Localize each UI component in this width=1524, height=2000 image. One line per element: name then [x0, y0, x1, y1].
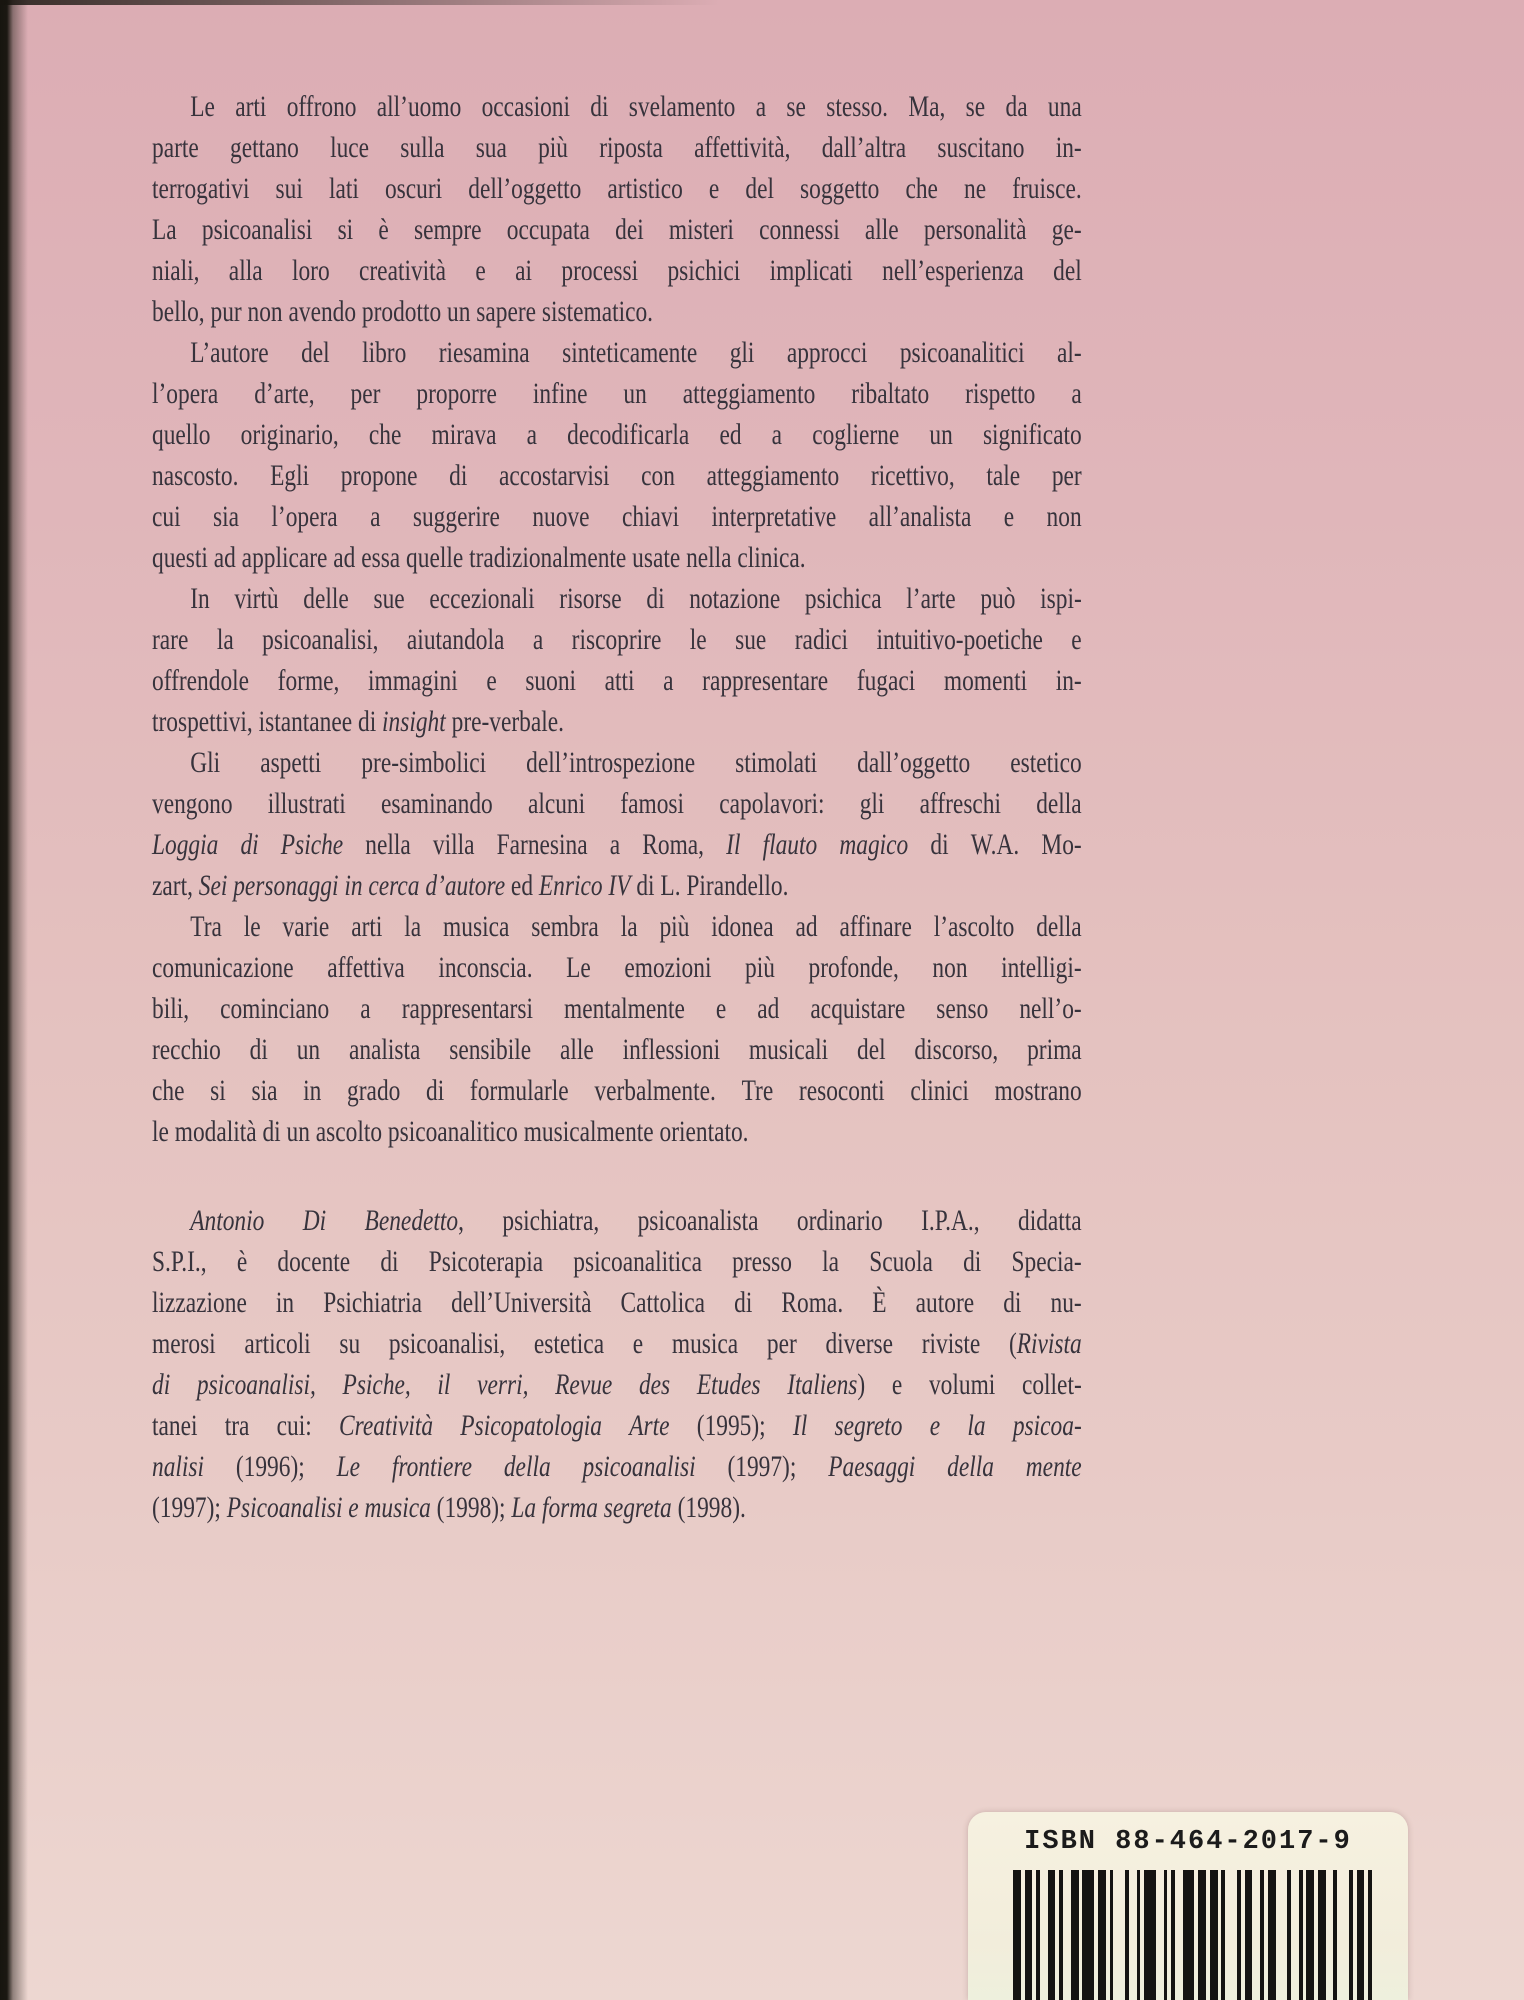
blurb-paragraph: Gliaspettipre-simbolicidell’introspezion… — [152, 742, 1082, 906]
text-line: rarelapsicoanalisi,aiutandolaariscoprire… — [152, 619, 1082, 660]
text-line: trospettivi, istantanee di insight pre-v… — [152, 701, 1082, 742]
text-line: questi ad applicare ad essa quelle tradi… — [152, 537, 1082, 578]
text-line: merosiarticolisupsicoanalisi,esteticaemu… — [152, 1323, 1082, 1364]
barcode-bar — [1048, 1870, 1056, 2000]
blurb-paragraph: Invirtùdellesueeccezionalirisorsedinotaz… — [152, 578, 1082, 742]
text-line: Leartioffronoall’uomooccasionidisvelamen… — [152, 86, 1082, 127]
text-line: S.P.I.,èdocentediPsicoterapiapsicoanalit… — [152, 1241, 1082, 1282]
text-line: vengonoillustratiesaminandoalcunifamosic… — [152, 783, 1082, 824]
scan-edge-left — [0, 0, 30, 2000]
barcode-gap — [1129, 1870, 1137, 2000]
barcode-gap — [1175, 1870, 1183, 2000]
barcode-bar — [1318, 1870, 1326, 2000]
text-line: taneitracui:CreativitàPsicopatologiaArte… — [152, 1405, 1082, 1446]
text-line: Gliaspettipre-simbolicidell’introspezion… — [152, 742, 1082, 783]
barcode-gap — [1337, 1870, 1349, 2000]
text-line: lizzazioneinPsichiatriadell’UniversitàCa… — [152, 1282, 1082, 1323]
text-line: dipsicoanalisi,Psiche,ilverri,RevuedesEt… — [152, 1364, 1082, 1405]
text-line: bili,comincianoarappresentarsimentalment… — [152, 988, 1082, 1029]
book-back-cover: Leartioffronoall’uomooccasionidisvelamen… — [0, 0, 1524, 2000]
barcode-gap — [1156, 1870, 1164, 2000]
scan-edge-top — [0, 0, 720, 5]
barcode-gap — [1113, 1870, 1125, 2000]
barcode-gap — [1252, 1870, 1260, 2000]
barcode-gap — [1291, 1870, 1299, 2000]
author-bio: AntonioDiBenedetto,psichiatra,psicoanali… — [152, 1200, 1082, 1528]
barcode-gap — [1225, 1870, 1237, 2000]
text-line: partegettanolucesullasuapiùripostaaffett… — [152, 127, 1082, 168]
text-line: quellooriginario,chemiravaadecodificarla… — [152, 414, 1082, 455]
barcode-gap — [1276, 1870, 1288, 2000]
barcode-bar — [1245, 1870, 1253, 2000]
barcode-bar — [1306, 1870, 1314, 2000]
text-line: cuisial’operaasuggerirenuovechiaviinterp… — [152, 496, 1082, 537]
barcode-bar — [1013, 1870, 1021, 2000]
blurb-text-column: Leartioffronoall’uomooccasionidisvelamen… — [152, 86, 1082, 1528]
text-line: niali,allalorocreativitàeaiprocessipsich… — [152, 250, 1082, 291]
text-line: l’operad’arte,perproporreinfineunatteggi… — [152, 373, 1082, 414]
text-line: nascosto.Egliproponediaccostarvisiconatt… — [152, 455, 1082, 496]
text-line: recchiodiunanalistasensibilealleinflessi… — [152, 1029, 1082, 1070]
blurb-paragraph: Leartioffronoall’uomooccasionidisvelamen… — [152, 86, 1082, 332]
barcode-gap — [1326, 1870, 1334, 2000]
isbn-number: ISBN 88-464-2017-9 — [968, 1827, 1408, 1857]
barcode-bar — [1025, 1870, 1033, 2000]
blurb-paragraph: Tralevarieartilamusicasembralapiùidoneaa… — [152, 906, 1082, 1152]
text-line: offrendoleforme,immaginiesuoniattiarappr… — [152, 660, 1082, 701]
text-line: nalisi(1996);Lefrontieredellapsicoanalis… — [152, 1446, 1082, 1487]
text-line: bello, pur non avendo prodotto un sapere… — [152, 291, 1082, 332]
barcode-bar — [1357, 1870, 1365, 2000]
barcode-gap — [1372, 1870, 1380, 2000]
text-line: zart, Sei personaggi in cerca d’autore e… — [152, 865, 1082, 906]
barcode-bar — [1198, 1870, 1206, 2000]
text-line: le modalità di un ascolto psicoanalitico… — [152, 1111, 1082, 1152]
text-line: Lapsicoanalisisièsempreoccupatadeimister… — [152, 209, 1082, 250]
text-line: Tralevarieartilamusicasembralapiùidoneaa… — [152, 906, 1082, 947]
blurb-paragraph: L’autoredellibroriesaminasinteticamenteg… — [152, 332, 1082, 578]
barcode-bar — [1183, 1870, 1195, 2000]
isbn-barcode — [1013, 1870, 1380, 2000]
barcode-bar — [1071, 1870, 1079, 2000]
barcode-bar — [1098, 1870, 1106, 2000]
text-line: LoggiadiPsichenellavillaFarnesinaaRoma,I… — [152, 824, 1082, 865]
isbn-label: ISBN 88-464-2017-9 — [968, 1812, 1408, 2000]
barcode-bar — [1144, 1870, 1156, 2000]
text-line: Invirtùdellesueeccezionalirisorsedinotaz… — [152, 578, 1082, 619]
barcode-bar — [1210, 1870, 1218, 2000]
text-line: (1997); Psicoanalisi e musica (1998); La… — [152, 1487, 1082, 1528]
barcode-gap — [1063, 1870, 1071, 2000]
text-line: L’autoredellibroriesaminasinteticamenteg… — [152, 332, 1082, 373]
text-line: chesisiaingradodiformularleverbalmente.T… — [152, 1070, 1082, 1111]
text-line: AntonioDiBenedetto,psichiatra,psicoanali… — [152, 1200, 1082, 1241]
barcode-gap — [1040, 1870, 1048, 2000]
barcode-bar — [1268, 1870, 1276, 2000]
text-line: comunicazioneaffettivainconscia.Leemozio… — [152, 947, 1082, 988]
text-line: terrogativisuilatioscuridell’oggettoarti… — [152, 168, 1082, 209]
barcode-bar — [1082, 1870, 1094, 2000]
